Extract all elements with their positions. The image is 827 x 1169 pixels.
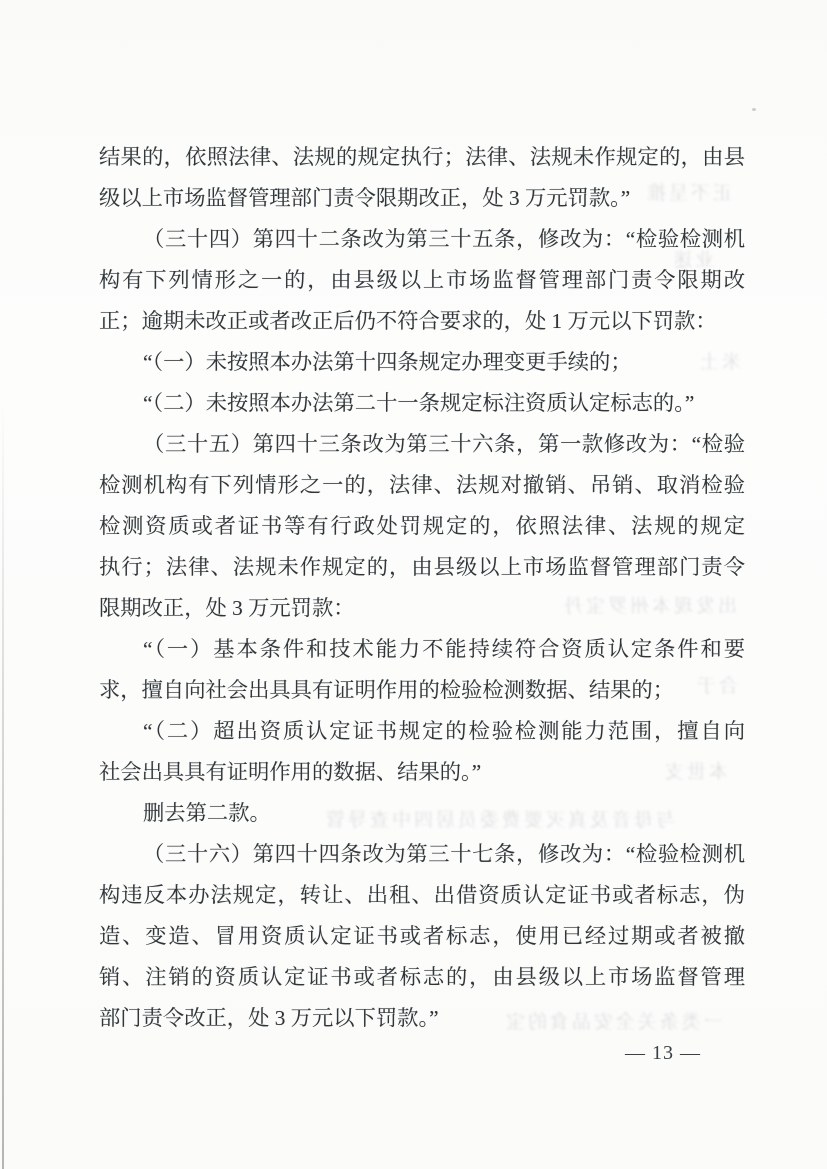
page-number: — 13 — xyxy=(608,1041,718,1065)
text-line: （三十四）第四十二条改为第三十五条，修改为：“检验检测机 xyxy=(99,219,745,260)
text-line: 构有下列情形之一的，由县级以上市场监督管理部门责令限期改 xyxy=(99,260,745,301)
scanned-document-page: 正不呈推业迷米土出发现本州罗宝丹合于本世支与母音及真灭要费委员居四中查导管一类条… xyxy=(0,0,827,1169)
text-line: 部门责令改正，处 3 万元以下罚款。” xyxy=(99,998,745,1039)
text-line: 检测机构有下列情形之一的，法律、法规对撤销、吊销、取消检验 xyxy=(99,465,745,506)
text-line: 结果的，依照法律、法规的规定执行；法律、法规未作规定的，由县 xyxy=(99,137,745,178)
text-line: 检测资质或者证书等有行政处罚规定的，依照法律、法规的规定 xyxy=(99,506,745,547)
text-line: 求，擅自向社会出具具有证明作用的检验检测数据、结果的； xyxy=(99,670,745,711)
text-line: 造、变造、冒用资质认定证书或者标志，使用已经过期或者被撤 xyxy=(99,916,745,957)
text-line: 删去第二款。 xyxy=(99,793,745,834)
text-line: “（二）超出资质认定证书规定的检验检测能力范围，擅自向 xyxy=(99,711,745,752)
text-line: 销、注销的资质认定证书或者标志的，由县级以上市场监督管理 xyxy=(99,957,745,998)
text-line: 限期改正，处 3 万元罚款： xyxy=(99,588,745,629)
text-line: “（一）基本条件和技术能力不能持续符合资质认定条件和要 xyxy=(99,629,745,670)
text-line: 执行；法律、法规未作规定的，由县级以上市场监督管理部门责令 xyxy=(99,547,745,588)
text-line: （三十五）第四十三条改为第三十六条，第一款修改为：“检验 xyxy=(99,424,745,465)
text-line: “（一）未按照本办法第十四条规定办理变更手续的； xyxy=(99,342,745,383)
text-line: 正；逾期未改正或者改正后仍不符合要求的，处 1 万元以下罚款： xyxy=(99,301,745,342)
text-line: “（二）未按照本办法第二十一条规定标注资质认定标志的。” xyxy=(99,383,745,424)
text-line: 级以上市场监督管理部门责令限期改正，处 3 万元罚款。” xyxy=(99,178,745,219)
scan-edge-artifact xyxy=(2,400,4,1169)
text-line: 构违反本办法规定，转让、出租、出借资质认定证书或者标志，伪 xyxy=(99,875,745,916)
document-body-text: 结果的，依照法律、法规的规定执行；法律、法规未作规定的，由县级以上市场监督管理部… xyxy=(99,137,745,1039)
paper-speck xyxy=(752,108,756,111)
text-line: 社会出具具有证明作用的数据、结果的。” xyxy=(99,752,745,793)
text-line: （三十六）第四十四条改为第三十七条，修改为：“检验检测机 xyxy=(99,834,745,875)
